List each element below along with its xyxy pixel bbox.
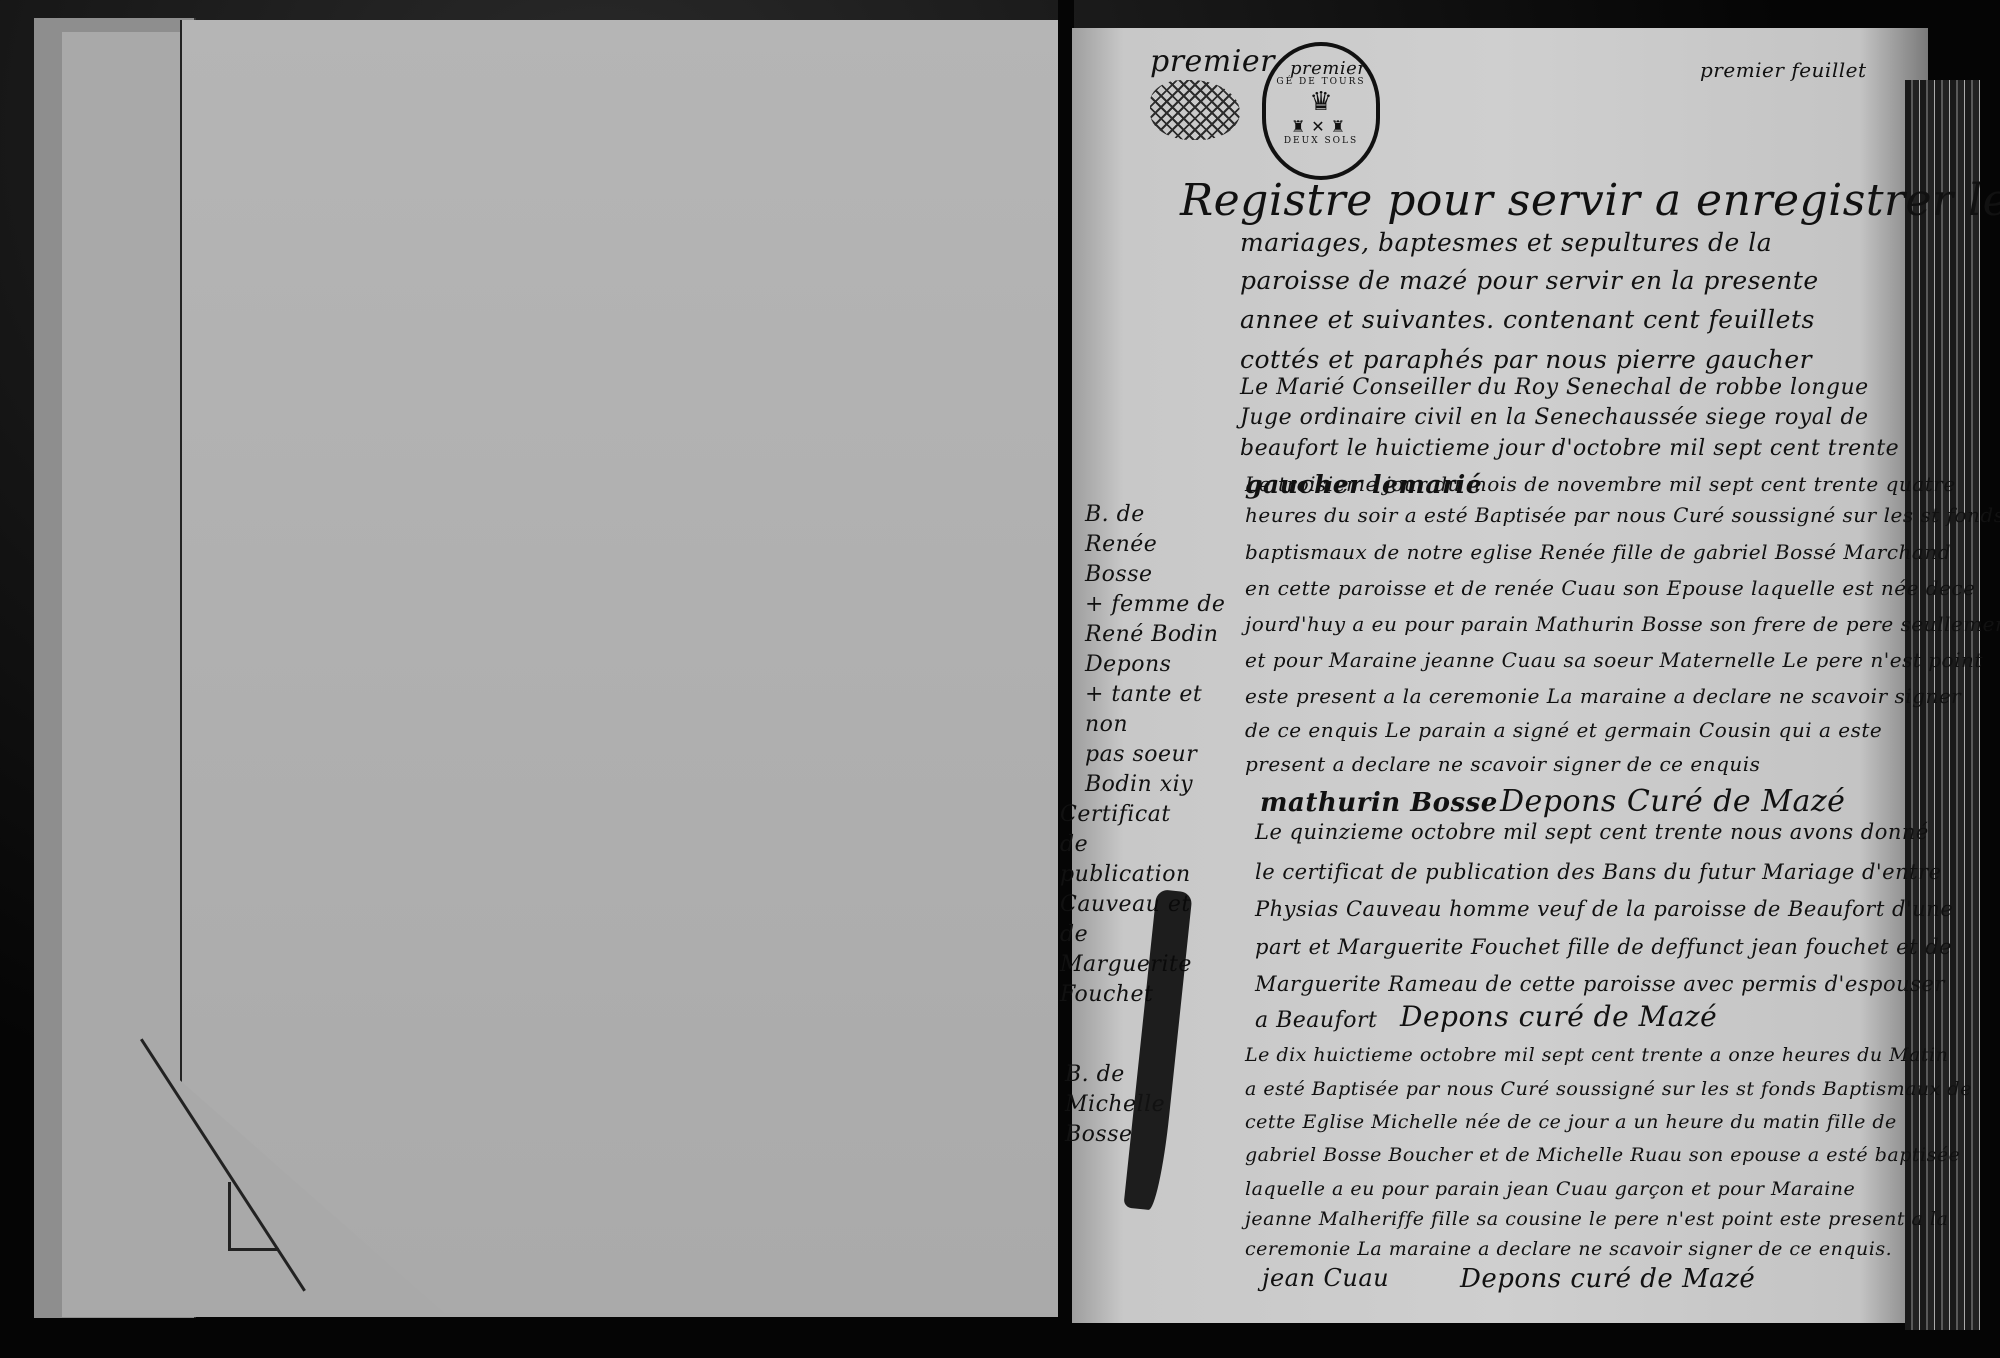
- signature-jean-cuau: jean Cuau: [1262, 1264, 1389, 1292]
- margin-line: pas soeur: [1085, 740, 1235, 770]
- entry-3-line: a esté Baptisée par nous Curé soussigné …: [1245, 1078, 1972, 1100]
- entry-2-line: le certificat de publication des Bans du…: [1255, 860, 1942, 884]
- title-line: cottés et paraphés par nous pierre gauch…: [1240, 345, 1812, 374]
- towers-icon: ♜✕♜: [1291, 117, 1351, 136]
- entry-1-line: et pour Maraine jeanne Cuau sa soeur Mat…: [1245, 648, 1983, 672]
- entry-3-line: jeanne Malheriffe fille sa cousine le pe…: [1245, 1208, 1948, 1230]
- entry-3-line: laquelle a eu pour parain jean Cuau garç…: [1245, 1178, 1855, 1200]
- stamp-top-text: GÉ DE TOURS: [1276, 77, 1365, 87]
- entry-2-line: a Beaufort: [1255, 1008, 1377, 1033]
- margin-line: Michelle Bosse: [1065, 1090, 1215, 1150]
- stamp-bottom-text: DEUX SOLS: [1284, 136, 1358, 146]
- entry-2-line: Le quinzieme octobre mil sept cent trent…: [1255, 820, 1929, 844]
- title-line: paroisse de mazé pour servir en la prese…: [1240, 266, 1819, 295]
- margin-note-entry-1: B. de Renée Bosse + femme de René Bodin …: [1085, 500, 1235, 800]
- margin-line: de publication: [1060, 830, 1210, 890]
- margin-line: René Bodin: [1085, 620, 1235, 650]
- entry-3-line: gabriel Bosse Boucher et de Michelle Rua…: [1245, 1144, 1960, 1166]
- entry-1-line: baptismaux de notre eglise Renée fille d…: [1245, 540, 1951, 564]
- margin-line: Renée: [1085, 530, 1235, 560]
- margin-line: Depons: [1085, 650, 1235, 680]
- left-blank-page: [180, 20, 1062, 1313]
- entry-1-line: de ce enquis Le parain a signé et germai…: [1245, 718, 1882, 742]
- title-line: Le Marié Conseiller du Roy Senechal de r…: [1240, 375, 1869, 400]
- title-line: beaufort le huictieme jour d'octobre mil…: [1240, 436, 1899, 461]
- margin-line: Certificat: [1060, 800, 1210, 830]
- header-premier: premier: [1150, 44, 1275, 79]
- signature-depons: Depons Curé de Mazé: [1500, 784, 1845, 819]
- margin-line: Bodin xiy: [1085, 770, 1235, 800]
- signature-depons: Depons curé de Mazé: [1460, 1264, 1755, 1294]
- entry-3-line: cette Eglise Michelle née de ce jour a u…: [1245, 1111, 1897, 1133]
- margin-note-entry-3: B. de Michelle Bosse: [1065, 1060, 1215, 1150]
- margin-line: B. de: [1065, 1060, 1215, 1090]
- tax-stamp: GÉ DE TOURS ♛ ♜✕♜ DEUX SOLS: [1262, 42, 1380, 180]
- entry-1-line: present a declare ne scavoir signer de c…: [1245, 752, 1760, 776]
- signature-mathurin-bosse: mathurin Bosse: [1260, 788, 1498, 818]
- signature-depons: Depons curé de Mazé: [1400, 1000, 1717, 1033]
- margin-line: B. de: [1085, 500, 1235, 530]
- entry-1-line: en cette paroisse et de renée Cuau son E…: [1245, 576, 1975, 600]
- entry-2-line: Physias Cauveau homme veuf de la paroiss…: [1255, 897, 1953, 921]
- margin-line: Bosse: [1085, 560, 1235, 590]
- register-title: Registre pour servir a enregistrer les: [1180, 175, 2000, 226]
- page-fold-corner: [228, 1182, 279, 1251]
- title-line: Juge ordinaire civil en la Senechaussée …: [1240, 405, 1869, 430]
- crown-icon: ♛: [1309, 87, 1332, 117]
- entry-2-line: Marguerite Rameau de cette paroisse avec…: [1255, 972, 1945, 996]
- margin-line: + femme de: [1085, 590, 1235, 620]
- entry-3-line: Le dix huictieme octobre mil sept cent t…: [1245, 1044, 1948, 1066]
- margin-line: Marguerite Fouchet: [1060, 950, 1210, 1010]
- header-premier-feuillet: premier feuillet: [1700, 58, 1867, 82]
- entry-1-line: este present a la ceremonie La maraine a…: [1245, 684, 1961, 708]
- entry-3-line: ceremonie La maraine a declare ne scavoi…: [1245, 1238, 1892, 1260]
- entry-1-line: heures du soir a esté Baptisée par nous …: [1245, 503, 2000, 527]
- entry-1-line: Le troisieme jour du mois de novembre mi…: [1245, 472, 1956, 496]
- entry-2-line: part et Marguerite Fouchet fille de deff…: [1255, 935, 1952, 959]
- entry-1-line: jourd'huy a eu pour parain Mathurin Boss…: [1245, 612, 2000, 636]
- margin-line: + tante et non: [1085, 680, 1235, 740]
- title-line: annee et suivantes. contenant cent feuil…: [1240, 305, 1815, 334]
- title-line: mariages, baptesmes et sepultures de la: [1240, 228, 1772, 257]
